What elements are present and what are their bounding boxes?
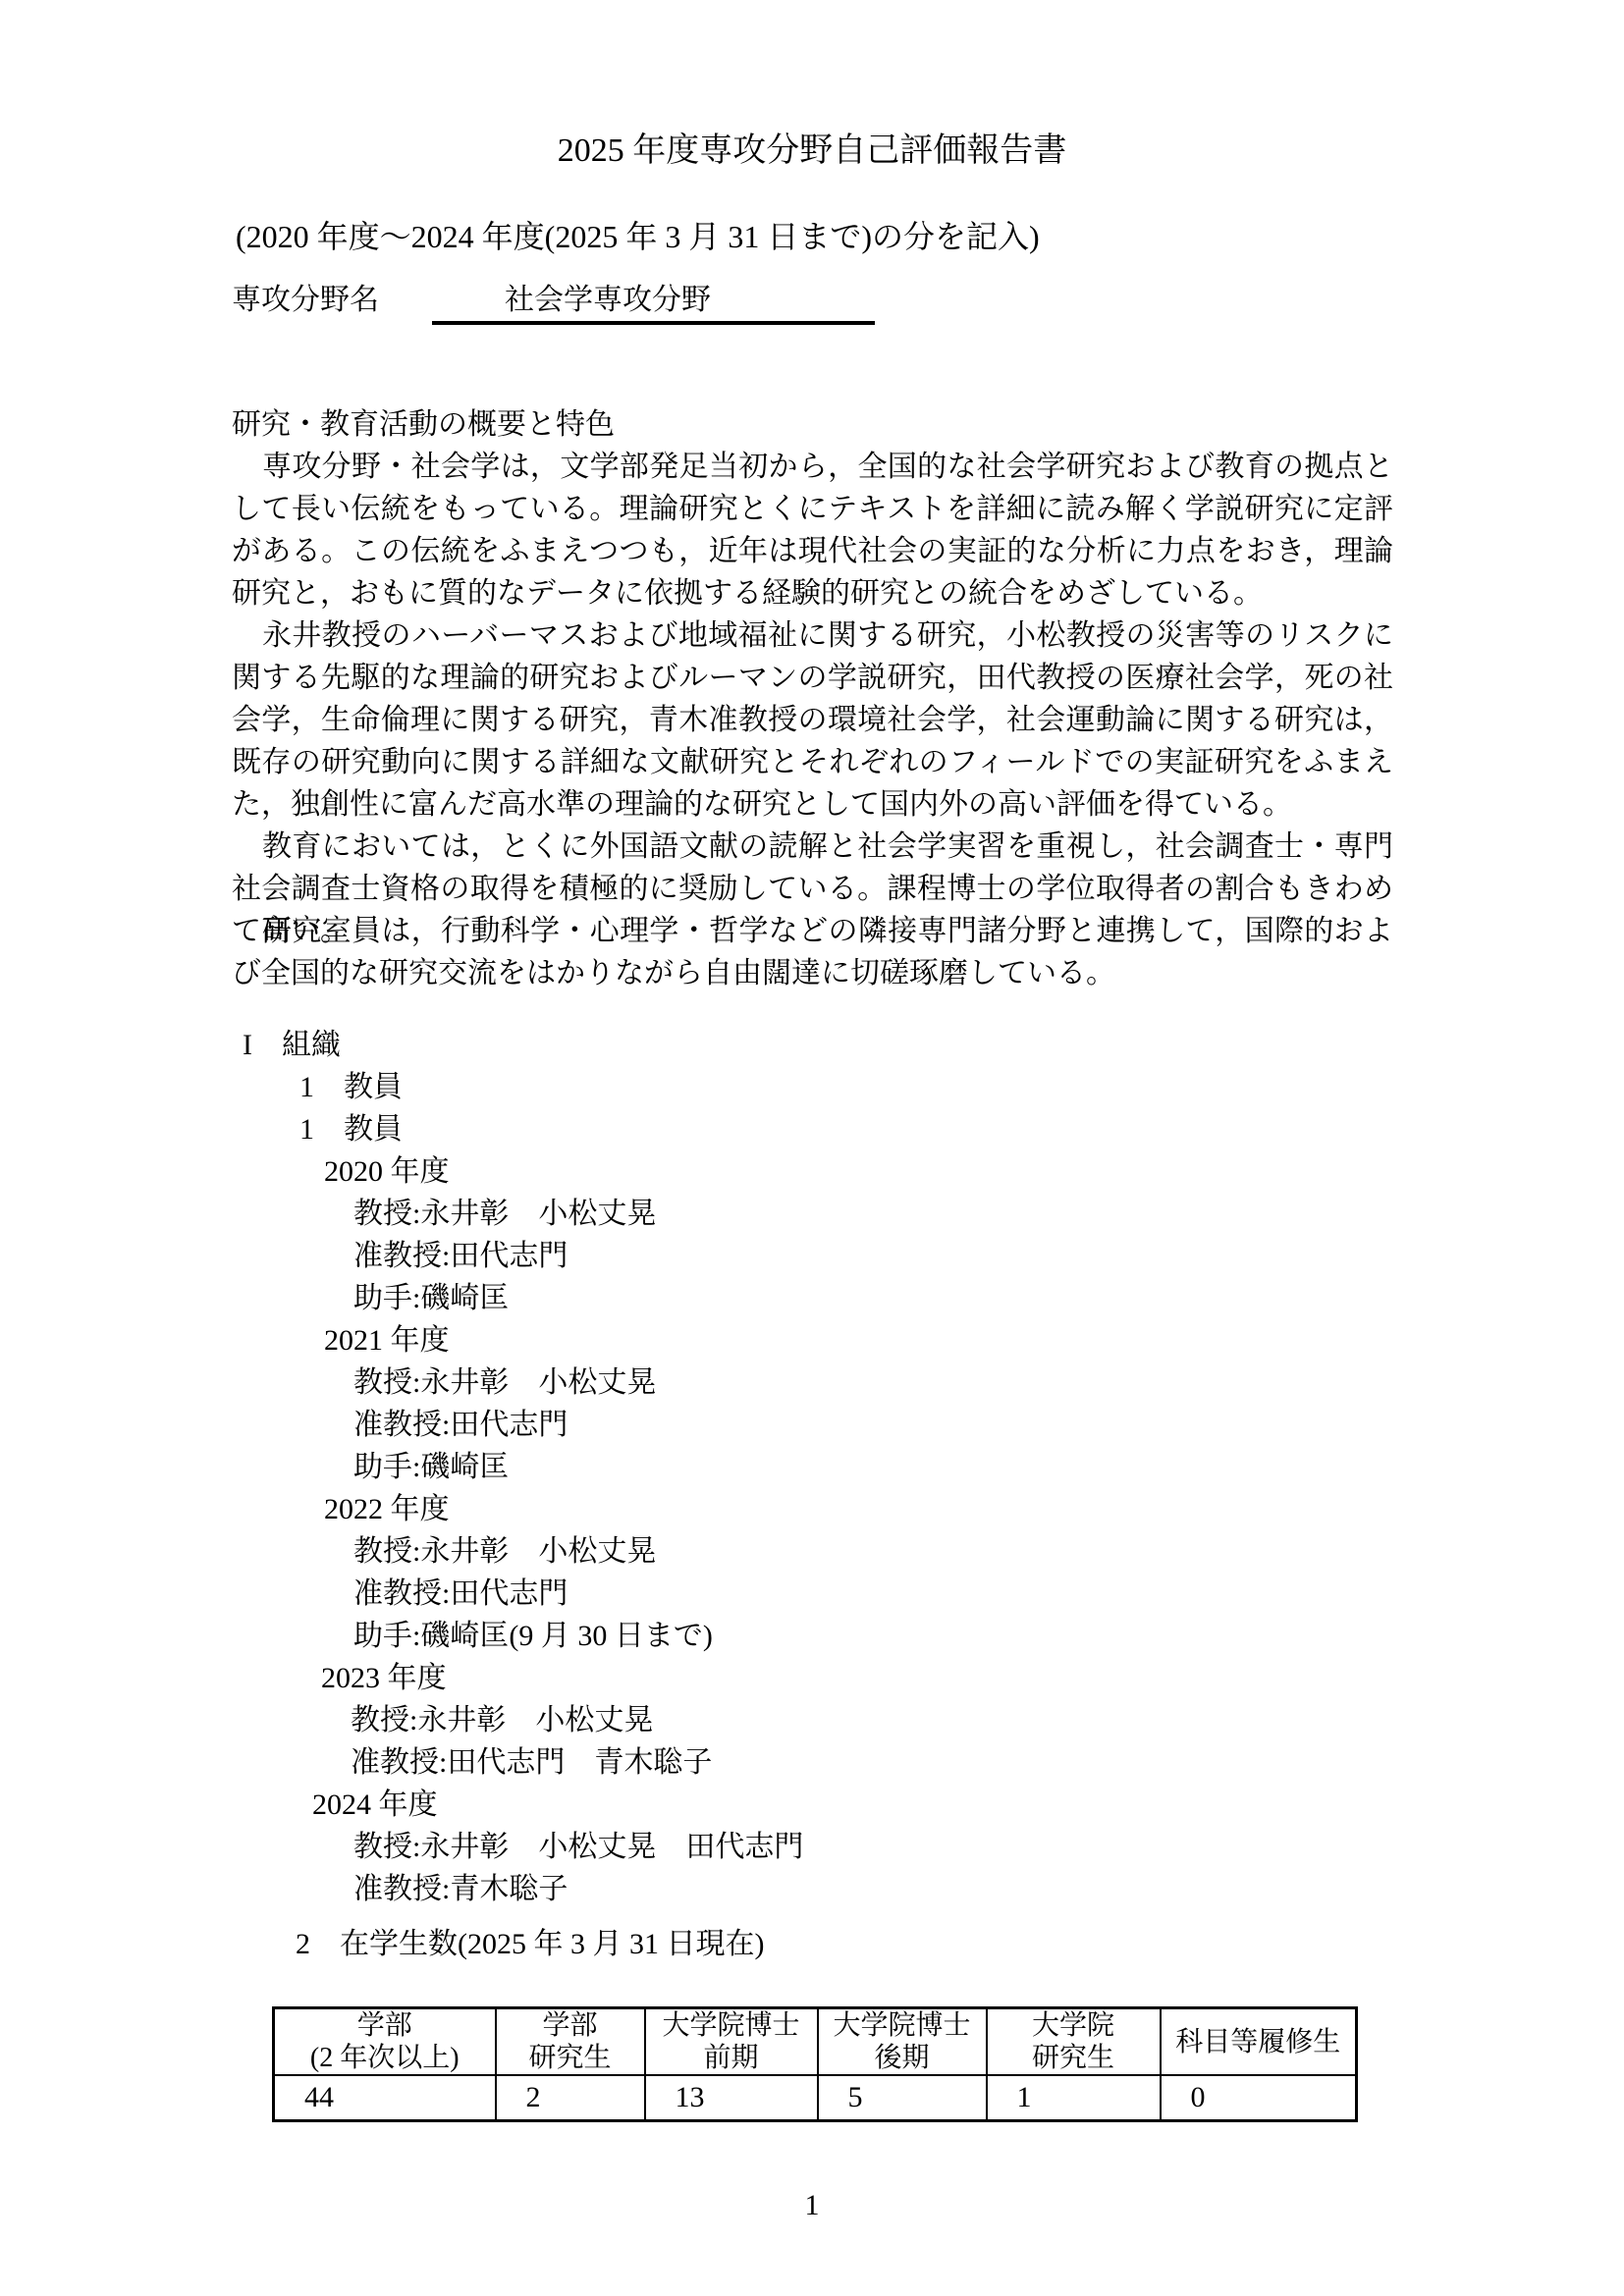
report-period-note: (2020 年度～2024 年度(2025 年 3 月 31 日まで)の分を記入… xyxy=(236,221,1040,252)
students-table-cell: 0 xyxy=(1161,2075,1357,2121)
students-table-header: 学部 研究生 xyxy=(496,2008,645,2076)
org-member-line: 准教授:青木聡子 xyxy=(353,1875,568,1904)
org-member-line: 准教授:田代志門 xyxy=(353,1579,568,1609)
overview-paragraph: 永井教授のハーバーマスおよび地域福祉に関する研究，小松教授の災害等のリスクに関す… xyxy=(232,614,1393,826)
students-table-data-row: 44 2 13 5 1 0 xyxy=(274,2075,1357,2121)
students-table-cell: 13 xyxy=(645,2075,818,2121)
section-heading-students: 2 在学生数(2025 年 3 月 31 日現在) xyxy=(296,1930,764,1959)
students-table-header-row: 学部 (2 年次以上) 学部 研究生 大学院博士 前期 大学院博士 後期 大学院… xyxy=(274,2008,1357,2076)
section-heading-organization: I 組織 xyxy=(243,1031,341,1060)
students-table-cell: 5 xyxy=(818,2075,987,2121)
org-member-line: 教授:永井彰 小松丈晃 xyxy=(353,1368,656,1398)
header-line: (2 年次以上) xyxy=(279,2042,491,2074)
students-table-header: 大学院博士 後期 xyxy=(818,2008,987,2076)
header-line: 研究生 xyxy=(992,2042,1156,2074)
overview-paragraph: 研究室員は，行動科学・心理学・哲学などの隣接専門諸分野と連携して，国際的および全… xyxy=(232,910,1393,994)
page-title: 2025 年度専攻分野自己評価報告書 xyxy=(0,134,1624,168)
org-member-line: 教授:永井彰 小松丈晃 xyxy=(353,1200,656,1229)
students-table-header: 大学院 研究生 xyxy=(987,2008,1161,2076)
students-table-header: 学部 (2 年次以上) xyxy=(274,2008,496,2076)
header-line: 大学院博士 xyxy=(823,2009,982,2042)
org-member-line: 教授:永井彰 小松丈晃 xyxy=(351,1706,653,1735)
overview-heading: 研究・教育活動の概要と特色 xyxy=(232,403,1393,446)
page-number: 1 xyxy=(0,2191,1624,2220)
header-line: 大学院 xyxy=(992,2009,1156,2042)
org-member-line: 准教授:田代志門 xyxy=(353,1411,568,1440)
students-table: 学部 (2 年次以上) 学部 研究生 大学院博士 前期 大学院博士 後期 大学院… xyxy=(272,2006,1358,2122)
org-member-line: 准教授:田代志門 青木聡子 xyxy=(351,1748,712,1778)
org-year-label: 2020 年度 xyxy=(324,1157,450,1187)
students-table-cell: 44 xyxy=(274,2075,496,2121)
students-table-header: 大学院博士 前期 xyxy=(645,2008,818,2076)
org-member-line: 教授:永井彰 小松丈晃 xyxy=(353,1537,656,1567)
org-member-line: 教授:永井彰 小松丈晃 田代志門 xyxy=(353,1833,803,1862)
overview-paragraph: 専攻分野・社会学は，文学部発足当初から，全国的な社会学研究および教育の拠点として… xyxy=(232,446,1393,614)
org-year-label: 2024 年度 xyxy=(312,1790,438,1820)
header-line: 後期 xyxy=(823,2042,982,2074)
header-line: 大学院博士 xyxy=(650,2009,813,2042)
students-table-header: 科目等履修生 xyxy=(1161,2008,1357,2076)
org-year-label: 2021 年度 xyxy=(324,1326,450,1356)
org-subheading-faculty: 1 教員 xyxy=(299,1115,403,1145)
org-year-label: 2022 年度 xyxy=(324,1495,450,1524)
org-year-label: 2023 年度 xyxy=(321,1664,447,1693)
header-line: 学部 xyxy=(279,2009,491,2042)
students-table-cell: 1 xyxy=(987,2075,1161,2121)
field-name-label: 専攻分野名 xyxy=(232,286,379,315)
header-line: 前期 xyxy=(650,2042,813,2074)
field-name-underline xyxy=(432,321,875,325)
header-line: 科目等履修生 xyxy=(1165,2026,1352,2058)
org-member-line: 助手:磯崎匡 xyxy=(353,1284,509,1313)
org-member-line: 助手:磯崎匡 xyxy=(353,1453,509,1482)
header-line: 学部 xyxy=(501,2009,640,2042)
org-subheading-faculty: 1 教員 xyxy=(299,1073,403,1102)
students-table-cell: 2 xyxy=(496,2075,645,2121)
document-page: 2025 年度専攻分野自己評価報告書 (2020 年度～2024 年度(2025… xyxy=(0,0,1624,2296)
field-name-value: 社会学専攻分野 xyxy=(505,286,711,315)
org-member-line: 准教授:田代志門 xyxy=(353,1242,568,1271)
header-line: 研究生 xyxy=(501,2042,640,2074)
org-member-line: 助手:磯崎匡(9 月 30 日まで) xyxy=(353,1622,713,1651)
